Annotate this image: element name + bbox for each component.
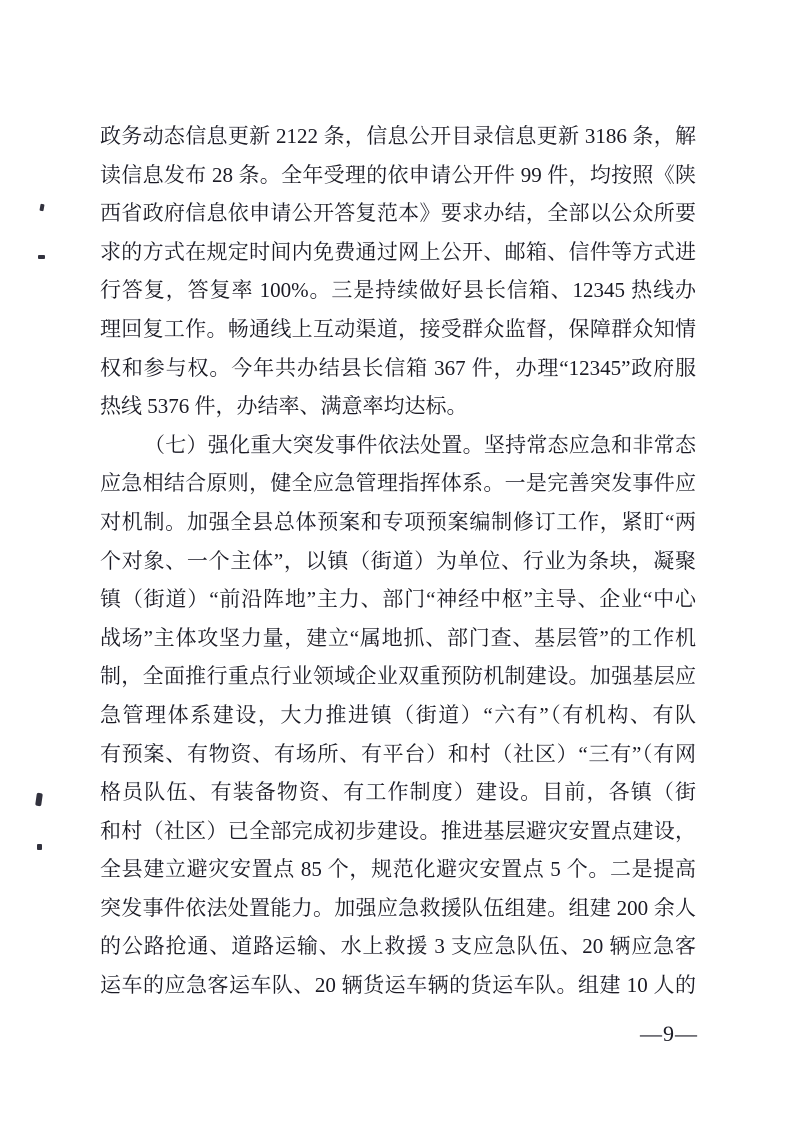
scanned-page: 政务动态信息更新 2122 条，信息公开目录信息更新 3186 条，解读信息发布… xyxy=(0,0,796,1122)
text-line: 政务动态信息更新 2122 条，信息公开目录信息更新 3186 条，解 xyxy=(100,117,696,156)
ink-speck xyxy=(35,793,43,807)
text-line: 和村（社区）已全部完成初步建设。推进基层避灾安置点建设， xyxy=(100,812,696,851)
text-line: 突发事件依法处置能力。加强应急救援队伍组建。组建 200 余人 xyxy=(100,889,696,928)
text-line: 理回复工作。畅通线上互动渠道，接受群众监督，保障群众知情 xyxy=(100,310,696,349)
text-line: 急管理体系建设，大力推进镇（街道）“六有”（有机构、有队伍、 xyxy=(100,696,696,735)
text-line: 制，全面推行重点行业领域企业双重预防机制建设。加强基层应 xyxy=(100,657,696,696)
text-line: 个对象、一个主体”，以镇（街道）为单位、行业为条块，凝聚 xyxy=(100,542,696,581)
document-body: 政务动态信息更新 2122 条，信息公开目录信息更新 3186 条，解读信息发布… xyxy=(100,117,696,1005)
ink-speck xyxy=(38,255,45,259)
text-line: 格员队伍、有装备物资、有工作制度）建设。目前，各镇（街道） xyxy=(100,773,696,812)
text-line: 权和参与权。今年共办结县长信箱 367 件，办理“12345”政府服务 xyxy=(100,349,696,388)
text-line: 应急相结合原则，健全应急管理指挥体系。一是完善突发事件应 xyxy=(100,464,696,503)
text-line: 有预案、有物资、有场所、有平台）和村（社区）“三有”（有网 xyxy=(100,735,696,774)
text-line: 镇（街道）“前沿阵地”主力、部门“神经中枢”主导、企业“中心 xyxy=(100,580,696,619)
text-line: 运车的应急客运车队、20 辆货运车辆的货运车队。组建 10 人的 xyxy=(100,966,696,1005)
text-line: 求的方式在规定时间内免费通过网上公开、邮箱、信件等方式进 xyxy=(100,233,696,272)
ink-speck xyxy=(39,204,44,212)
text-line: （七）强化重大突发事件依法处置。坚持常态应急和非常态 xyxy=(100,426,696,465)
text-line: 西省政府信息依申请公开答复范本》要求办结，全部以公众所要 xyxy=(100,194,696,233)
page-number: —9— xyxy=(100,1019,698,1049)
text-line: 行答复，答复率 100%。三是持续做好县长信箱、12345 热线办 xyxy=(100,271,696,310)
text-line: 对机制。加强全县总体预案和专项预案编制修订工作，紧盯“两 xyxy=(100,503,696,542)
ink-speck xyxy=(37,844,42,850)
text-line: 热线 5376 件，办结率、满意率均达标。 xyxy=(100,387,696,426)
text-line: 的公路抢通、道路运输、水上救援 3 支应急队伍、20 辆应急客 xyxy=(100,927,696,966)
text-line: 全县建立避灾安置点 85 个，规范化避灾安置点 5 个。二是提高 xyxy=(100,850,696,889)
text-line: 读信息发布 28 条。全年受理的依申请公开件 99 件，均按照《陕 xyxy=(100,156,696,195)
text-line: 战场”主体攻坚力量，建立“属地抓、部门查、基层管”的工作机 xyxy=(100,619,696,658)
